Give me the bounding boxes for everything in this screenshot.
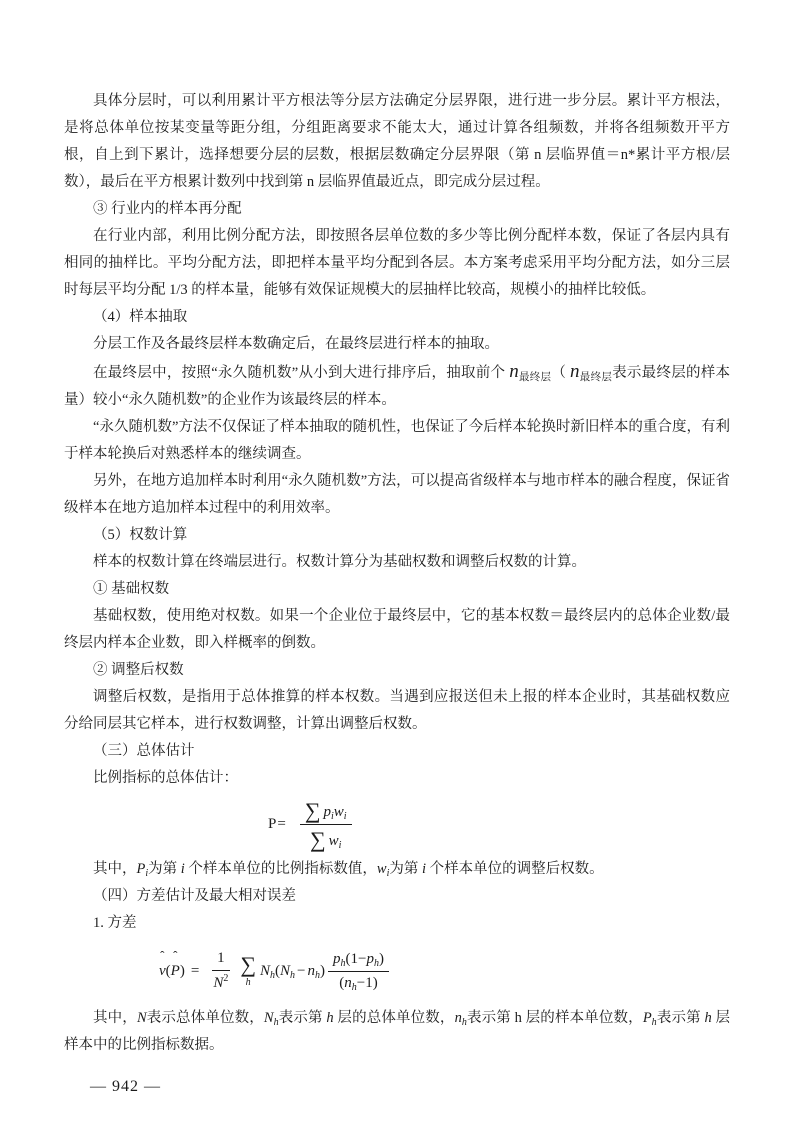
paragraph-base-weight: 基础权数，使用绝对权数。如果一个企业位于最终层中，它的基本权数＝最终层内的总体企… — [64, 603, 730, 657]
document-body: 具体分层时，可以利用累计平方根法等分层方法确定分层界限，进行进一步分层。累计平方… — [64, 88, 730, 1100]
paragraph-sample-extraction-detail: 在最终层中，按照“永久随机数”从小到大进行排序后，抽取前个 n最终层（ n最终层… — [64, 358, 730, 414]
formula-lhs-P-equals: P= — [268, 811, 287, 838]
heading-adjusted-weight: ② 调整后权数 — [64, 657, 730, 684]
paragraph-stratification-method: 具体分层时，可以利用累计平方根法等分层方法确定分层界限，进行进一步分层。累计平方… — [64, 88, 730, 196]
math-var-v-hat: ˆv — [159, 958, 166, 985]
math-exp-2: 2 — [223, 973, 228, 984]
document-page: 具体分层时，可以利用累计平方根法等分层方法确定分层界限，进行进一步分层。累计平方… — [0, 0, 793, 1122]
paragraph-allocation-methods: 在行业内部，利用比例分配方法，即按照各层单位数的多少等比例分配样本数，保证了各层… — [64, 223, 730, 304]
fraction: 1 N2 — [208, 949, 233, 993]
fraction-numerator: ∑piwi — [300, 798, 352, 825]
fraction: ph(1−ph) (nh−1) — [328, 950, 389, 993]
text-run: 其中， — [93, 861, 137, 877]
paren: ) — [180, 958, 185, 985]
paren: ) — [320, 958, 325, 985]
term-nh: nh — [308, 958, 321, 985]
text-run: （ — [551, 365, 570, 381]
page-number: — 942 — — [64, 1073, 730, 1100]
math-sub-final-layer: 最终层 — [580, 372, 613, 383]
minus-sign: − — [297, 958, 305, 985]
text-run: 表示总体单位数， — [147, 1010, 264, 1026]
heading-industry-sample-redistribution: ③ 行业内的样本再分配 — [64, 196, 730, 223]
hat-accent: ˆ — [160, 949, 164, 962]
math-var-w: w — [334, 804, 344, 820]
math-var-w: w — [377, 861, 387, 877]
paragraph-where-proportion: 其中，Pi为第 i 个样本单位的比例指标数值，wi为第 i 个样本单位的调整后权… — [64, 856, 730, 883]
text-run: 个样本单位的调整后权数。 — [426, 861, 604, 877]
fraction-numerator: 1 — [212, 949, 230, 971]
heading-base-weight: ① 基础权数 — [64, 576, 730, 603]
paragraph-proportion-intro: 比例指标的总体估计： — [64, 765, 730, 792]
paragraph-where-variance: 其中，N表示总体单位数，Nh表示第 h 层的总体单位数，nh表示第 h 层的样本… — [64, 1005, 730, 1059]
math-var-N: N — [137, 1010, 147, 1026]
math-var-P: P — [643, 1010, 652, 1026]
term-Nh: Nh — [280, 958, 295, 985]
math-var-n-final-layer: n — [570, 361, 580, 382]
math-var-n: n — [455, 1010, 462, 1026]
math-sub-final-layer: 最终层 — [519, 372, 552, 383]
text-run: 表示第 — [657, 1010, 705, 1026]
term-Nh: Nh — [260, 958, 275, 985]
formula-proportion-estimate: P= ∑piwi ∑wi — [64, 792, 730, 856]
heading-variance: 1. 方差 — [64, 910, 730, 937]
text-run: 在最终层中，按照“永久随机数”从小到大进行排序后，抽取前个 — [93, 365, 509, 381]
math-var-n-final-layer: n — [509, 361, 519, 382]
text-run: 表示第 — [279, 1010, 327, 1026]
text-run: 其中， — [93, 1010, 137, 1026]
math-var-h: h — [705, 1010, 712, 1026]
fraction-denominator: (nh−1) — [334, 972, 382, 993]
heading-weight-calculation: （5）权数计算 — [64, 522, 730, 549]
sigma-index-h: h — [246, 978, 251, 988]
sigma-over-h: ∑ h — [240, 954, 256, 988]
heading-sample-extraction: （4）样本抽取 — [64, 304, 730, 331]
fraction-denominator: N2 — [208, 971, 233, 993]
paragraph-sampling-intro: 分层工作及各最终层样本数确定后，在最终层进行样本的抽取。 — [64, 331, 730, 358]
formula-variance-estimate: ˆv(ˆP) = 1 N2 ∑ h Nh(Nh−nh) ph(1−ph) (nh… — [64, 937, 730, 1005]
sigma-symbol: ∑ — [240, 954, 256, 976]
text-run: 表示第 h 层的样本单位数， — [467, 1010, 643, 1026]
math-var-N: N — [264, 1010, 274, 1026]
paragraph-prn-benefit: “永久随机数”方法不仅保证了样本抽取的随机性，也保证了今后样本轮换时新旧样本的重… — [64, 414, 730, 468]
math-sub-i: i — [344, 811, 347, 822]
math-var-P-hat: ˆP — [171, 958, 180, 985]
heading-total-estimate: （三）总体估计 — [64, 738, 730, 765]
text-run: 为第 — [389, 861, 422, 877]
text-run: 层的总体单位数， — [334, 1010, 455, 1026]
math-sub-i: i — [339, 840, 342, 851]
fraction-numerator: ph(1−ph) — [328, 950, 389, 972]
fraction-denominator: ∑wi — [305, 825, 346, 851]
paragraph-prn-local-samples: 另外，在地方追加样本时利用“永久随机数”方法，可以提高省级样本与地市样本的融合程… — [64, 468, 730, 522]
math-var-h: h — [326, 1010, 333, 1026]
sigma-symbol: ∑ — [310, 827, 326, 852]
sigma-symbol: ∑ — [305, 798, 321, 823]
text-run: 为第 — [148, 861, 181, 877]
math-var-N: N — [213, 975, 223, 991]
text-run: 个样本单位的比例指标数值， — [185, 861, 377, 877]
paragraph-adjusted-weight: 调整后权数，是指用于总体推算的样本权数。当遇到应报送但未上报的样本企业时，其基础… — [64, 684, 730, 738]
math-var-w: w — [329, 833, 339, 849]
heading-variance-section: （四）方差估计及最大相对误差 — [64, 883, 730, 910]
math-var-p: p — [324, 804, 332, 820]
fraction: ∑piwi ∑wi — [300, 798, 352, 851]
paragraph-weight-intro: 样本的权数计算在终端层进行。权数计算分为基础权数和调整后权数的计算。 — [64, 549, 730, 576]
equals-sign: = — [191, 958, 199, 985]
hat-accent: ˆ — [173, 949, 177, 962]
